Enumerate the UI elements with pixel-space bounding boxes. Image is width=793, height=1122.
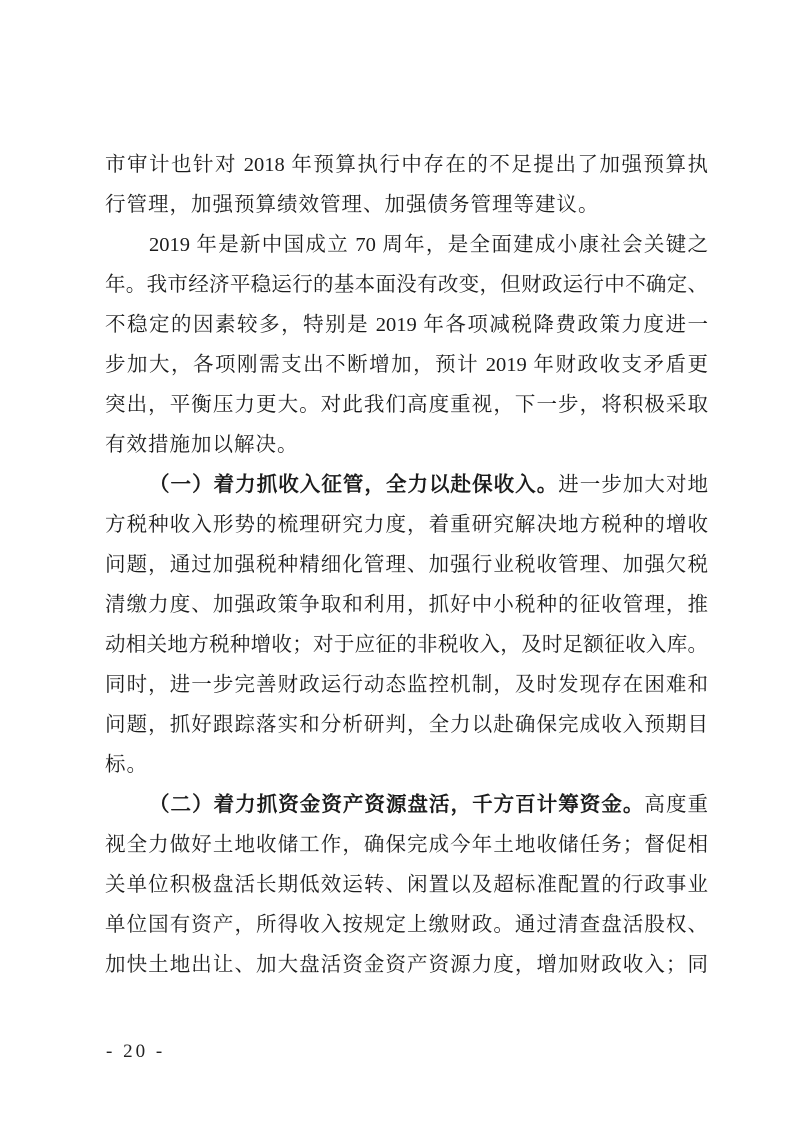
text-line: 步加大，各项刚需支出不断增加，预计 2019 年财政收支矛盾更 bbox=[105, 345, 708, 385]
text-line: 年。我市经济平稳运行的基本面没有改变，但财政运行中不确定、 bbox=[105, 265, 708, 305]
text-line: 单位国有资产，所得收入按规定上缴财政。通过清查盘活股权、 bbox=[105, 905, 708, 945]
text-run: 高度重 bbox=[644, 794, 708, 816]
text-line: 关单位积极盘活长期低效运转、闲置以及超标准配置的行政事业 bbox=[105, 865, 708, 905]
text-line: 加快土地出让、加大盘活资金资产资源力度，增加财政收入；同 bbox=[105, 945, 708, 985]
document-page: 市审计也针对 2018 年预算执行中存在的不足提出了加强预算执 行管理，加强预算… bbox=[0, 0, 793, 1122]
text-line: 标。 bbox=[105, 745, 708, 785]
text-line: 视全力做好土地收储工作，确保完成今年土地收储任务；督促相 bbox=[105, 825, 708, 865]
section-heading-lead: （一）着力抓收入征管，全力以赴保收入。 bbox=[149, 474, 558, 496]
text-line: 问题，通过加强税种精细化管理、加强行业税收管理、加强欠税 bbox=[105, 545, 708, 585]
section-heading-lead: （二）着力抓资金资产资源盘活，千方百计筹资金。 bbox=[149, 794, 644, 816]
text-line: 突出，平衡压力更大。对此我们高度重视，下一步，将积极采取 bbox=[105, 385, 708, 425]
text-line: 市审计也针对 2018 年预算执行中存在的不足提出了加强预算执 bbox=[105, 145, 708, 185]
text-line: （一）着力抓收入征管，全力以赴保收入。进一步加大对地 bbox=[105, 465, 708, 505]
text-line: 方税种收入形势的梳理研究力度，着重研究解决地方税种的增收 bbox=[105, 505, 708, 545]
text-line: 不稳定的因素较多，特别是 2019 年各项减税降费政策力度进一 bbox=[105, 305, 708, 345]
text-line: （二）着力抓资金资产资源盘活，千方百计筹资金。高度重 bbox=[105, 785, 708, 825]
text-line: 问题，抓好跟踪落实和分析研判，全力以赴确保完成收入预期目 bbox=[105, 705, 708, 745]
text-line: 有效措施加以解决。 bbox=[105, 425, 708, 465]
document-body: 市审计也针对 2018 年预算执行中存在的不足提出了加强预算执 行管理，加强预算… bbox=[105, 145, 708, 985]
text-line: 动相关地方税种增收；对于应征的非税收入，及时足额征收入库。 bbox=[105, 625, 708, 665]
text-line: 2019 年是新中国成立 70 周年，是全面建成小康社会关键之 bbox=[105, 225, 708, 265]
text-run: 进一步加大对地 bbox=[558, 474, 708, 496]
page-number: - 20 - bbox=[106, 1040, 165, 1064]
text-line: 清缴力度、加强政策争取和利用，抓好中小税种的征收管理，推 bbox=[105, 585, 708, 625]
text-line: 行管理，加强预算绩效管理、加强债务管理等建议。 bbox=[105, 185, 708, 225]
text-line: 同时，进一步完善财政运行动态监控机制，及时发现存在困难和 bbox=[105, 665, 708, 705]
